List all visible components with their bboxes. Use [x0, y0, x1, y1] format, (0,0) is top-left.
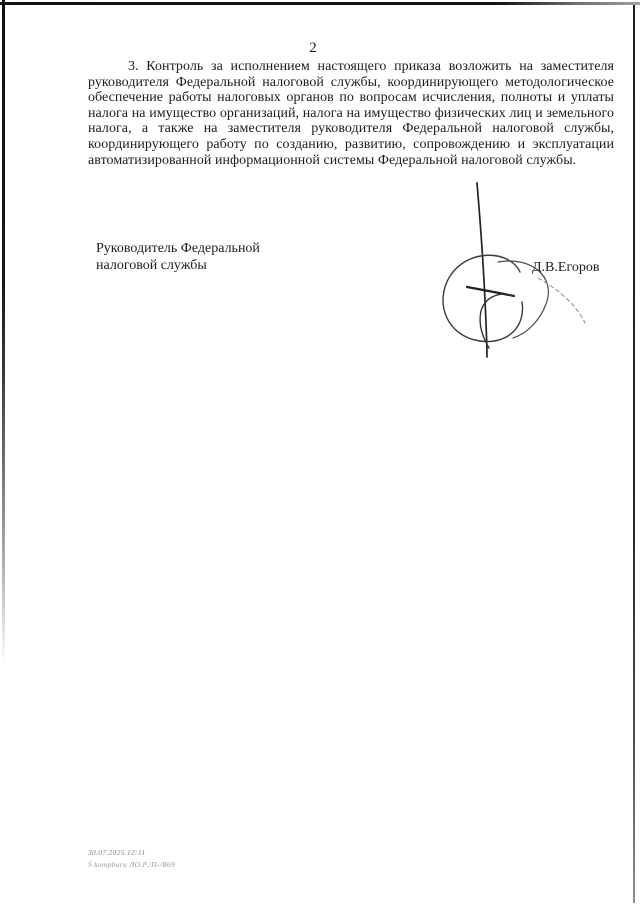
print-stamp-id: Ś kompburu ЛО.Р./П-/В69 [88, 859, 175, 871]
signatory-role: Руководитель Федеральной налоговой служб… [96, 241, 260, 274]
scan-border-right [633, 5, 635, 903]
scan-border-left [2, 0, 5, 665]
print-timestamp: 30.07.2025 12:11 [88, 847, 175, 859]
handwritten-signature-icon [428, 178, 603, 363]
body-paragraph: 3. Контроль за исполнением настоящего пр… [88, 59, 614, 168]
page-number: 2 [0, 40, 626, 57]
document-page: 2 3. Контроль за исполнением настоящего … [0, 0, 640, 905]
scan-border-top [0, 2, 640, 5]
print-stamp: 30.07.2025 12:11 Ś kompburu ЛО.Р./П-/В69 [88, 847, 175, 871]
